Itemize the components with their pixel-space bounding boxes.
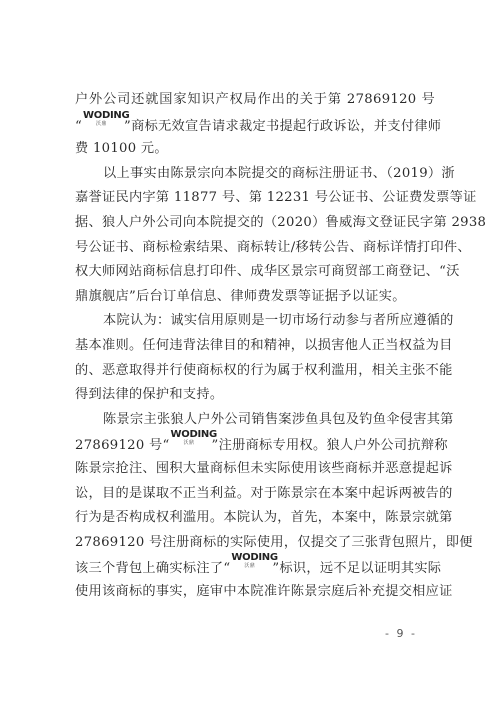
text-line: 的、恶意取得并行使商标权的行为属于权利滥用，相关主张不能 xyxy=(75,359,435,384)
text-line: 鼎旗舰店”后台订单信息、律师费发票等证据予以证实。 xyxy=(75,285,435,310)
document-page: 户外公司还就国家知识产权局作出的关于第 27869120 号 “WODING沃鼎… xyxy=(0,0,500,707)
text-line: 使用该商标的事实，庭审中本院准许陈景宗庭后补充提交相应证 xyxy=(75,580,435,605)
text-line: 本院认为：诚实信用原则是一切市场行动参与者所应遵循的 xyxy=(75,309,435,334)
text-line: 以上事实由陈景宗向本院提交的商标注册证书、（2019）浙 xyxy=(75,162,435,187)
document-body: 户外公司还就国家知识产权局作出的关于第 27869120 号 “WODING沃鼎… xyxy=(75,88,435,604)
line-text: 该三个背包上确实标注了“ xyxy=(75,561,230,576)
woding-trademark-logo: WODING沃鼎 xyxy=(83,113,123,131)
text-line: 讼，目的是谋取不正当利益。对于陈景宗在本案中起诉两被告的 xyxy=(75,482,435,507)
open-quote: “ xyxy=(75,119,82,134)
logo-subtext: 沃鼎 xyxy=(184,440,195,446)
text-line: 嘉誉证民内字第 11877 号、第 12231 号公证书、公证费发票等证 xyxy=(75,186,435,211)
text-line: 陈景宗抢注、囤积大量商标但未实际使用该些商标并恶意提起诉 xyxy=(75,457,435,482)
woding-trademark-logo: WODING沃鼎 xyxy=(231,555,271,573)
text-line: 号公证书、商标检索结果、商标转让/移转公告、商标详情打印件、 xyxy=(75,236,435,261)
page-number: - 9 - xyxy=(385,627,417,640)
logo-subtext: 沃鼎 xyxy=(244,563,255,569)
line-text: ”商标无效宣告请求裁定书提起行政诉讼，并支付律师 xyxy=(124,119,441,134)
line-text: ”标识，远不足以证明其实际 xyxy=(272,561,441,576)
woding-trademark-logo: WODING沃鼎 xyxy=(171,432,211,450)
text-line: “WODING沃鼎”商标无效宣告请求裁定书提起行政诉讼，并支付律师 xyxy=(75,113,435,138)
text-line: 27869120 号“WODING沃鼎”注册商标专用权。狼人户外公司抗辩称 xyxy=(75,432,435,457)
logo-subtext: 沃鼎 xyxy=(96,121,107,127)
text-line: 基本准则。任何违背法律目的和精神，以损害他人正当权益为目 xyxy=(75,334,435,359)
text-line: 行为是否构成权利滥用。本院认为，首先，本案中，陈景宗就第 xyxy=(75,506,435,531)
text-line: 权大师网站商标信息打印件、成华区景宗可商贸部工商登记、“沃 xyxy=(75,260,435,285)
text-line: 得到法律的保护和支持。 xyxy=(75,383,435,408)
text-line: 费 10100 元。 xyxy=(75,137,435,162)
text-line: 据、狼人户外公司向本院提交的（2020）鲁威海文登证民字第 2938 xyxy=(75,211,435,236)
line-text: ”注册商标专用权。狼人户外公司抗辩称 xyxy=(212,438,448,453)
text-line: 陈景宗主张狼人户外公司销售案涉鱼具包及钓鱼伞侵害其第 xyxy=(75,408,435,433)
text-line: 该三个背包上确实标注了“WODING沃鼎”标识，远不足以证明其实际 xyxy=(75,555,435,580)
line-text: 27869120 号“ xyxy=(75,438,170,453)
